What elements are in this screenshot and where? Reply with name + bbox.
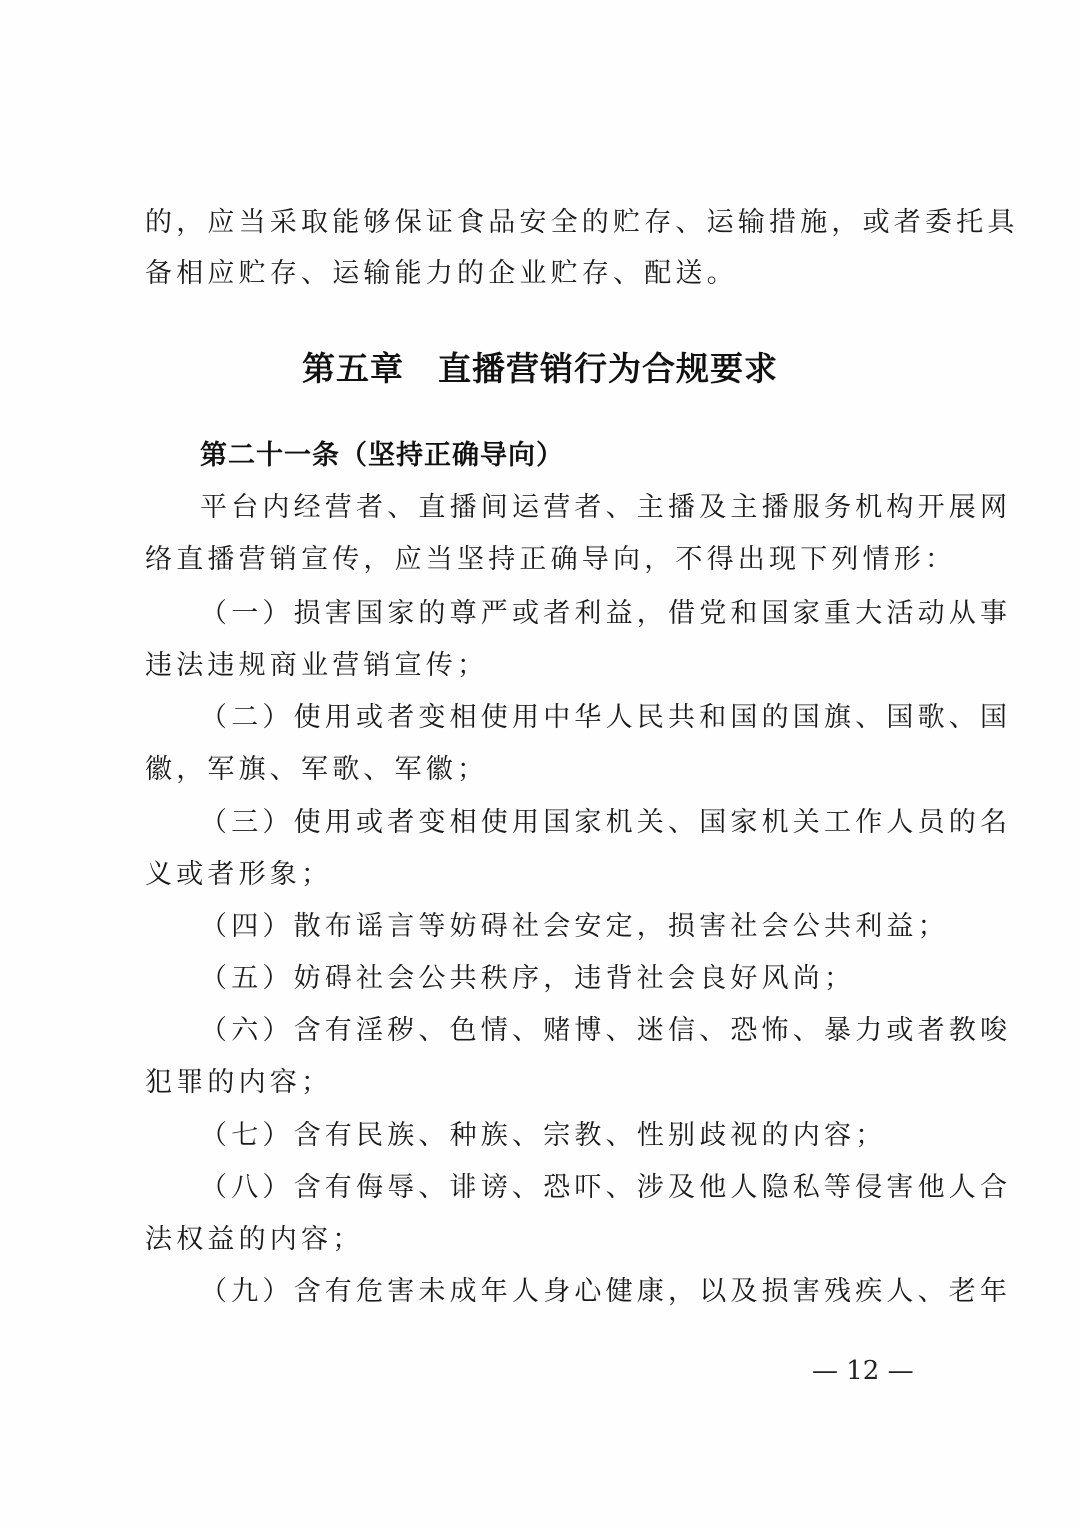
- paragraph-line: 的，应当采取能够保证食品安全的贮存、运输措施，或者委托具: [145, 203, 950, 243]
- paragraph-line: 络直播营销宣传，应当坚持正确导向，不得出现下列情形：: [145, 540, 950, 580]
- list-item-3: （三）使用或者变相使用国家机关、国家机关工作人员的名: [200, 803, 1005, 843]
- list-item-3-cont: 义或者形象；: [145, 855, 950, 895]
- article-title: 第二十一条（坚持正确导向）: [200, 436, 564, 476]
- list-item-2-cont: 徽，军旗、军歌、军徽；: [145, 750, 950, 790]
- list-item-1-cont: 违法违规商业营销宣传；: [145, 646, 950, 686]
- paragraph-line: 备相应贮存、运输能力的企业贮存、配送。: [145, 254, 950, 294]
- paragraph-line: 平台内经营者、直播间运营者、主播及主播服务机构开展网: [200, 488, 1005, 528]
- list-item-8-cont: 法权益的内容；: [145, 1220, 950, 1260]
- list-item-5: （五）妨碍社会公共秩序，违背社会良好风尚；: [200, 959, 1005, 999]
- list-item-7: （七）含有民族、种族、宗教、性别歧视的内容；: [200, 1116, 1005, 1156]
- list-item-2: （二）使用或者变相使用中华人民共和国的国旗、国歌、国: [200, 698, 1005, 738]
- list-item-9: （九）含有危害未成年人身心健康，以及损害残疾人、老年: [200, 1272, 1005, 1312]
- list-item-4: （四）散布谣言等妨碍社会安定，损害社会公共利益；: [200, 907, 1005, 947]
- list-item-6-cont: 犯罪的内容；: [145, 1063, 950, 1103]
- list-item-1: （一）损害国家的尊严或者利益，借党和国家重大活动从事: [200, 594, 1005, 634]
- document-page: 的，应当采取能够保证食品安全的贮存、运输措施，或者委托具 备相应贮存、运输能力的…: [0, 0, 1080, 1527]
- list-item-6: （六）含有淫秽、色情、赌博、迷信、恐怖、暴力或者教唆: [200, 1011, 1005, 1051]
- list-item-8: （八）含有侮辱、诽谤、恐吓、涉及他人隐私等侵害他人合: [200, 1168, 1005, 1208]
- page-number: — 12 —: [812, 1354, 914, 1388]
- chapter-title: 第五章 直播营销行为合规要求: [0, 346, 1080, 392]
